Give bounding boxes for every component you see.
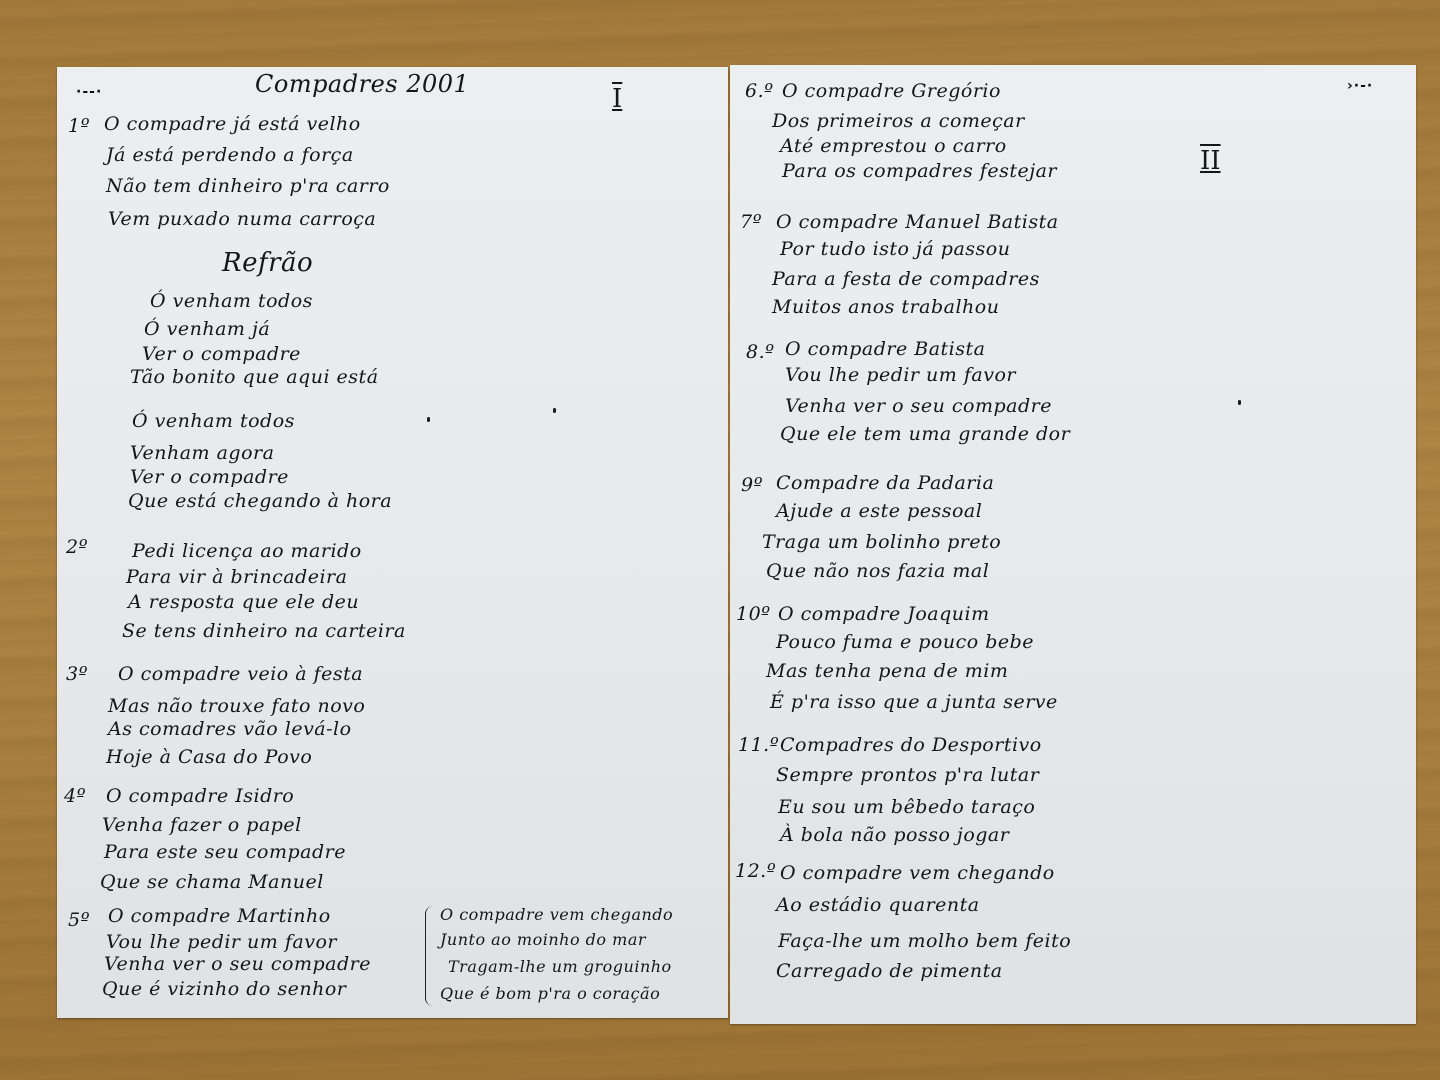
corner-punch-mark: ·--·	[76, 84, 102, 100]
stanza-number: 6.º	[745, 82, 774, 101]
verse-line: Muitos anos trabalhou	[772, 298, 999, 317]
verse-line: Não tem dinheiro p'ra carro	[106, 177, 390, 196]
verse-line: Para vir à brincadeira	[126, 568, 347, 587]
verse-line: Vou lhe pedir um favor	[106, 933, 337, 952]
ink-dot	[553, 408, 556, 413]
ink-dot	[427, 417, 430, 422]
verse-line: Ajude a este pessoal	[776, 502, 982, 521]
verse-line: À bola não posso jogar	[780, 826, 1009, 845]
verse-line: Para este seu compadre	[104, 843, 346, 862]
refrain-line: Ver o compadre	[130, 468, 289, 487]
verse-line: Dos primeiros a começar	[772, 112, 1025, 131]
verse-line: Eu sou um bêbedo taraço	[778, 798, 1035, 817]
verse-line: Junto ao moinho do mar	[440, 932, 646, 948]
document-title: Compadres 2001	[255, 72, 469, 96]
verse-line: As comadres vão levá-lo	[108, 720, 352, 739]
verse-line: Pedi licença ao marido	[132, 542, 362, 561]
stanza-number: 1º	[68, 117, 90, 136]
page-marker-I: I	[612, 86, 622, 112]
stanza-number: 9º	[741, 476, 763, 495]
stanza-number: 7º	[740, 213, 762, 232]
verse-line: Que se chama Manuel	[100, 873, 324, 892]
verse-line: Traga um bolinho preto	[762, 533, 1001, 552]
verse-line: Carregado de pimenta	[776, 962, 1003, 981]
verse-line: Pouco fuma e pouco bebe	[776, 633, 1034, 652]
stanza-number: 8.º	[746, 343, 775, 362]
refrain-line: Ver o compadre	[142, 345, 301, 364]
verse-line: Vou lhe pedir um favor	[785, 366, 1016, 385]
verse-line: Venha fazer o papel	[102, 816, 302, 835]
stanza-number: 11.º	[738, 736, 779, 755]
verse-line: O compadre vem chegando	[780, 864, 1055, 883]
verse-line: É p'ra isso que a junta serve	[770, 693, 1058, 712]
verse-line: Por tudo isto já passou	[780, 240, 1010, 259]
verse-line: O compadre Manuel Batista	[776, 213, 1059, 232]
stanza-number: 3º	[66, 665, 88, 684]
stanza-number: 2º	[66, 538, 88, 557]
stanza-number: 10º	[736, 605, 771, 624]
verse-line: Vem puxado numa carroça	[108, 210, 376, 229]
stanza-number: 5º	[68, 911, 90, 930]
verse-line: A resposta que ele deu	[128, 593, 359, 612]
verse-line: Faça-lhe um molho bem feito	[778, 932, 1071, 951]
verse-line: O compadre Gregório	[782, 82, 1001, 101]
refrain-line: Ó venham já	[144, 320, 270, 339]
verse-line: O compadre veio à festa	[118, 665, 363, 684]
verse-line: Venha ver o seu compadre	[785, 397, 1052, 416]
verse-line: Mas tenha pena de mim	[766, 662, 1008, 681]
verse-line: Compadres do Desportivo	[780, 736, 1042, 755]
verse-line: Já está perdendo a força	[106, 146, 354, 165]
verse-line: Mas não trouxe fato novo	[108, 697, 365, 716]
verse-line: Para a festa de compadres	[772, 270, 1040, 289]
verse-line: Venha ver o seu compadre	[104, 955, 371, 974]
verse-line: Tragam-lhe um groguinho	[448, 959, 672, 975]
verse-line: Compadre da Padaria	[776, 474, 994, 493]
verse-line: Ao estádio quarenta	[776, 896, 980, 915]
ink-dot	[1238, 400, 1241, 405]
verse-line: O compadre já está velho	[104, 115, 361, 134]
refrain-line: Ó venham todos	[132, 412, 295, 431]
verse-line: Que não nos fazia mal	[766, 562, 989, 581]
page-marker-II: II	[1200, 148, 1221, 174]
corner-punch-mark: ›·-·	[1347, 78, 1373, 94]
verse-line: O compadre vem chegando	[440, 907, 673, 923]
verse-line: Hoje à Casa do Povo	[106, 748, 312, 767]
verse-line: Que ele tem uma grande dor	[780, 425, 1070, 444]
verse-line: O compadre Batista	[785, 340, 985, 359]
verse-line: Que é vizinho do senhor	[102, 980, 346, 999]
verse-line: Se tens dinheiro na carteira	[122, 622, 406, 641]
stanza-number: 12.º	[735, 862, 776, 881]
verse-line: Até emprestou o carro	[780, 137, 1007, 156]
refrain-line: Ó venham todos	[150, 292, 313, 311]
verse-line: Sempre prontos p'ra lutar	[776, 766, 1039, 785]
refrain-label: Refrão	[222, 250, 313, 276]
verse-line: O compadre Martinho	[108, 907, 331, 926]
verse-line: O compadre Isidro	[106, 787, 294, 806]
stanza-number: 4º	[64, 787, 86, 806]
verse-line: O compadre Joaquim	[778, 605, 990, 624]
verse-line: Que é bom p'ra o coração	[440, 986, 660, 1002]
curly-brace	[425, 906, 434, 1006]
refrain-line: Venham agora	[130, 444, 274, 463]
refrain-line: Tão bonito que aqui está	[130, 368, 379, 387]
verse-line: Para os compadres festejar	[782, 162, 1057, 181]
refrain-line: Que está chegando à hora	[128, 492, 392, 511]
